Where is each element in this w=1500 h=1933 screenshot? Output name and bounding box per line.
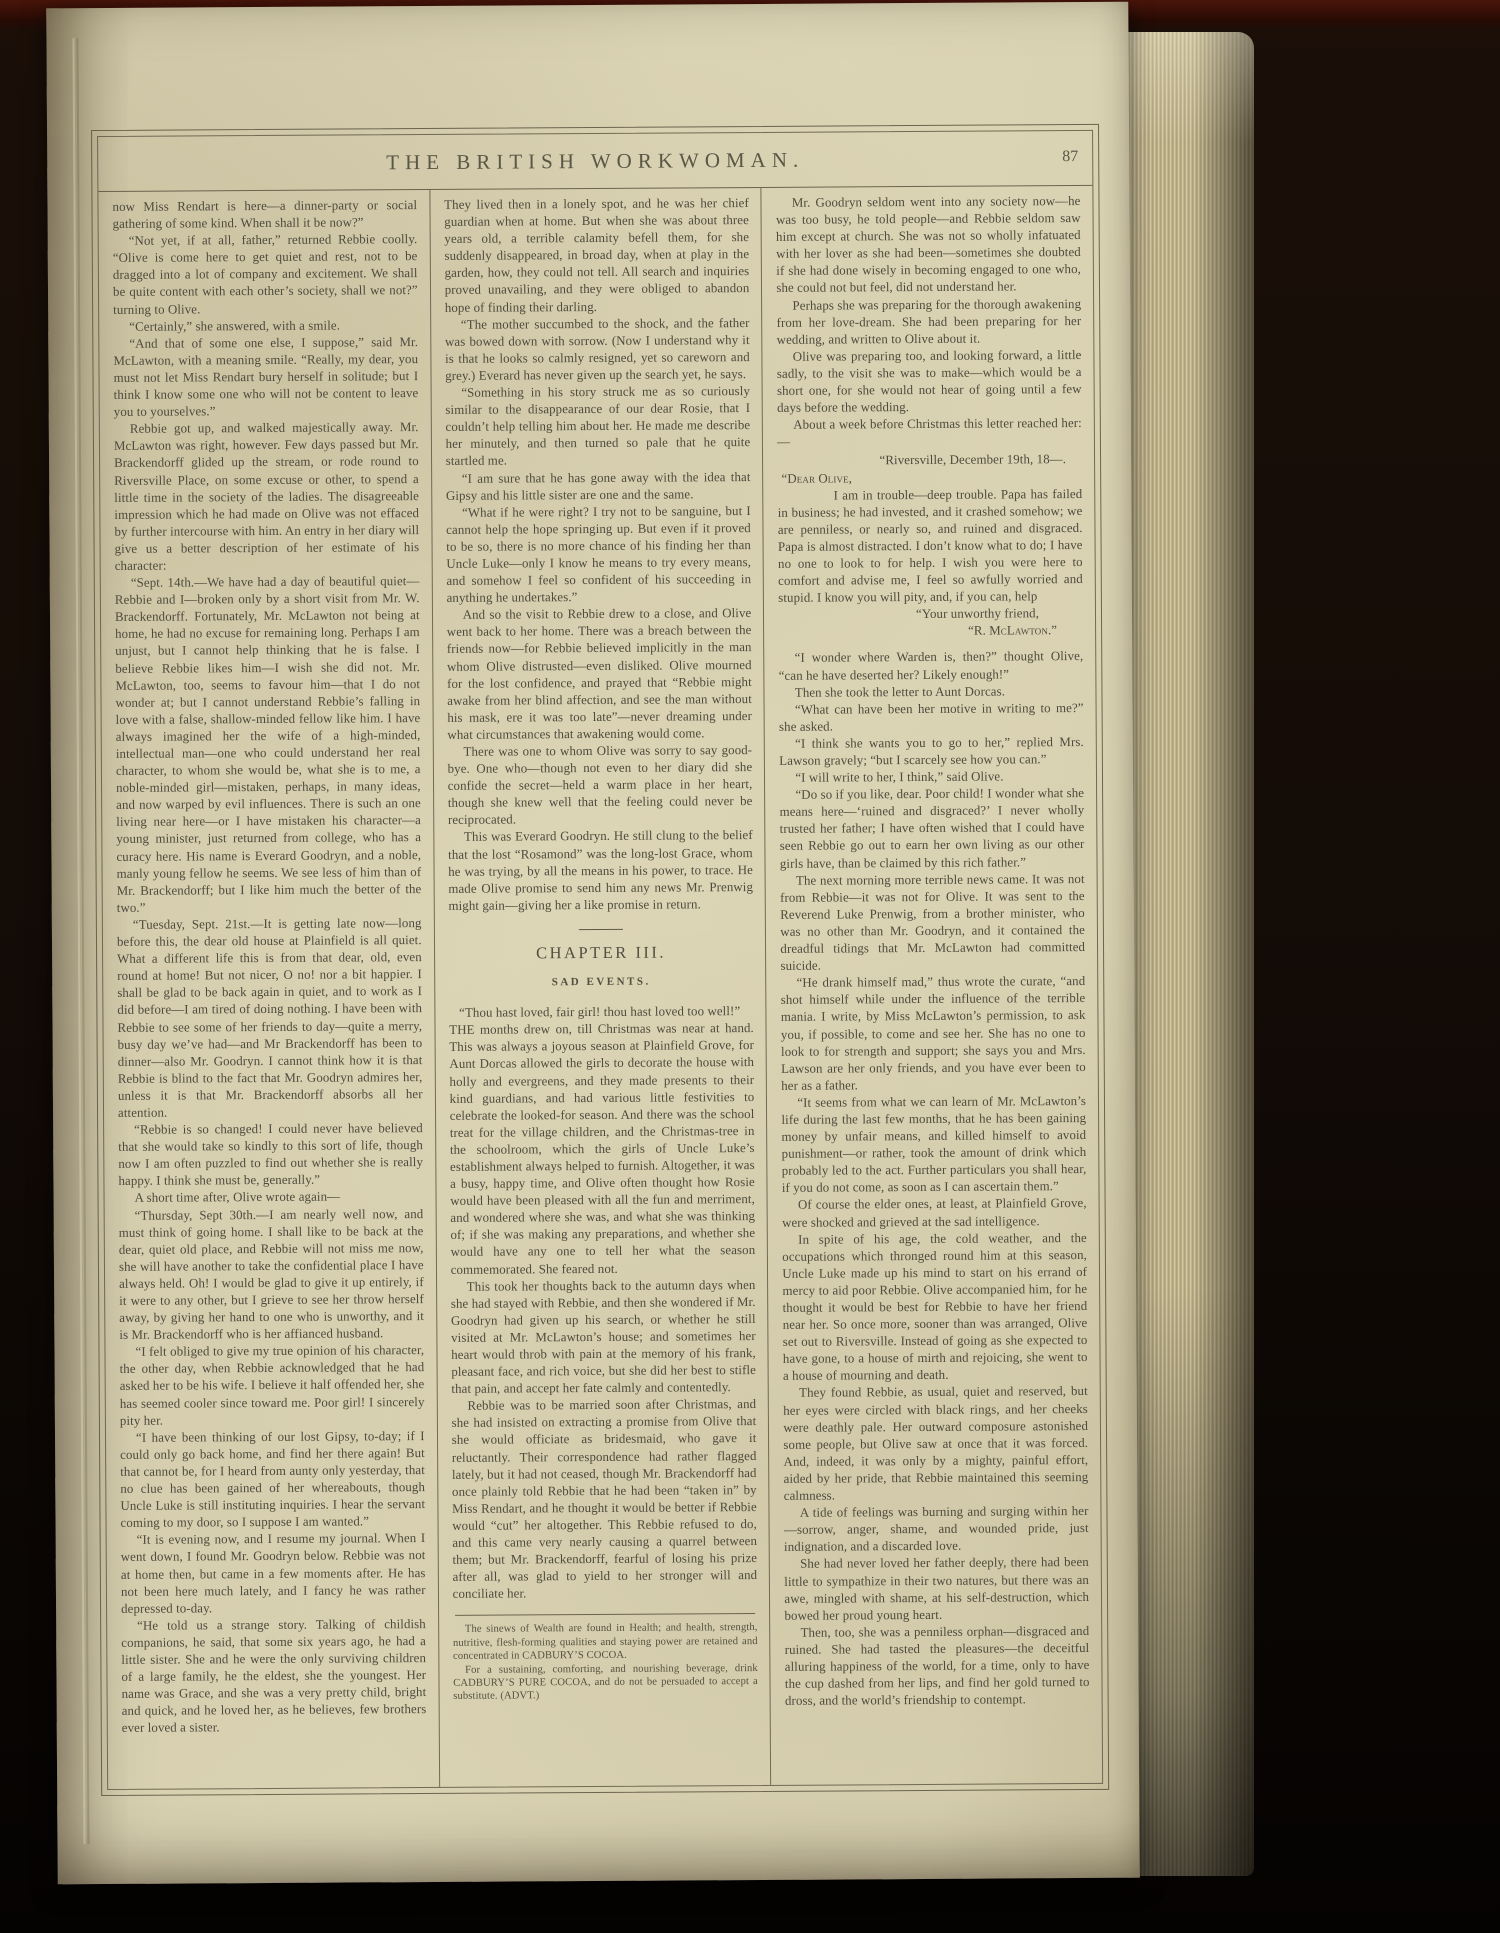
paragraph: “Tuesday, Sept. 21st.—It is getting late…: [117, 915, 423, 1122]
paragraph: Perhaps she was preparing for the thorou…: [776, 296, 1081, 349]
page-border-frame-inner: THE BRITISH WORKWOMAN. 87 now Miss Renda…: [97, 130, 1103, 1790]
paragraph: “Not yet, if at all, father,” returned R…: [113, 231, 418, 318]
paragraph: Then she took the letter to Aunt Dorcas.: [779, 683, 1084, 702]
paragraph: About a week before Christmas this lette…: [777, 415, 1082, 451]
paragraph: “Do so if you like, dear. Poor child! I …: [779, 785, 1084, 872]
chapter-heading: CHAPTER III.: [449, 943, 754, 962]
paragraph: “I have been thinking of our lost Gipsy,…: [120, 1428, 425, 1532]
paragraph: “Certainly,” she answered, with a smile.: [113, 317, 418, 336]
paragraph: She had never loved her father deeply, t…: [784, 1554, 1089, 1624]
paragraph: This took her thoughts back to the autum…: [451, 1277, 756, 1399]
letter-signoff: “Your unworthy friend,: [778, 605, 1083, 624]
paragraph: THE months drew on, till Christmas was n…: [449, 1020, 755, 1278]
paragraph: A short time after, Olive wrote again—: [119, 1188, 424, 1207]
scanned-page: THE BRITISH WORKWOMAN. 87 now Miss Renda…: [46, 2, 1139, 1885]
paragraph: “What if he were right? I try not to be …: [446, 503, 751, 607]
paragraph: Then, too, she was a penniless orphan—di…: [785, 1623, 1090, 1710]
paragraph: In spite of his age, the cold weather, a…: [782, 1230, 1088, 1386]
paragraph: Olive was preparing too, and looking for…: [777, 347, 1082, 417]
chapter-subtitle: SAD EVENTS.: [449, 973, 754, 992]
paragraph: They found Rebbie, as usual, quiet and r…: [783, 1383, 1088, 1505]
column-3: Mr. Goodryn seldom went into any society…: [761, 186, 1102, 1785]
paragraph: “I am sure that he has gone away with th…: [446, 469, 751, 505]
paragraph: “He told us a strange story. Talking of …: [121, 1616, 426, 1738]
paragraph: “I think she wants you to go to her,” re…: [779, 734, 1084, 770]
text-columns: now Miss Rendart is here—a dinner-party …: [98, 186, 1102, 1789]
paragraph: “It seems from what we can learn of Mr. …: [781, 1093, 1086, 1197]
advertisement-paragraph: For a sustaining, comforting, and nouris…: [453, 1662, 758, 1704]
paragraph: “What can have been her motive in writin…: [779, 700, 1084, 736]
letter-body: I am in trouble—deep trouble. Papa has f…: [778, 486, 1083, 608]
paragraph: “Thursday, Sept 30th.—I am nearly well n…: [119, 1206, 425, 1345]
column-2: They lived then in a lonely spot, and he…: [429, 188, 770, 1787]
advertisement-paragraph: The sinews of Wealth are found in Health…: [453, 1621, 758, 1663]
paragraph: Rebbie got up, and walked majestically a…: [114, 419, 420, 575]
paragraph: “Rebbie is so changed! I could never hav…: [118, 1120, 423, 1190]
publication-title: THE BRITISH WORKWOMAN.: [386, 147, 804, 175]
book-photo-background: THE BRITISH WORKWOMAN. 87 now Miss Renda…: [0, 0, 1500, 1933]
letter-salutation: “Dear Olive,: [777, 469, 1082, 488]
paragraph: “It is evening now, and I resume my jour…: [121, 1530, 426, 1617]
letter-signature: “R. McLawton.”: [778, 622, 1083, 641]
paragraph: “The mother succumbed to the shock, and …: [445, 315, 750, 385]
page-number: 87: [1062, 148, 1078, 166]
paragraph: “I will write to her, I think,” said Oli…: [779, 768, 1084, 787]
paragraph: “He drank himself mad,” thus wrote the c…: [781, 973, 1086, 1095]
column-1: now Miss Rendart is here—a dinner-party …: [98, 190, 438, 1789]
paragraph: A tide of feelings was burning and surgi…: [784, 1503, 1089, 1556]
page-border-frame: THE BRITISH WORKWOMAN. 87 now Miss Renda…: [91, 124, 1109, 1796]
section-separator-rule: [579, 929, 623, 930]
paragraph: “Something in his story struck me as so …: [445, 383, 750, 470]
paragraph: “Thou hast loved, fair girl! thou hast l…: [449, 1003, 754, 1022]
letter-dateline: “Riversville, December 19th, 18—.: [777, 451, 1082, 470]
paragraph: And so the visit to Rebbie drew to a clo…: [447, 605, 753, 744]
paragraph: The next morning more terrible news came…: [780, 871, 1085, 975]
paragraph: “And that of some one else, I suppose,” …: [113, 334, 418, 421]
paragraph: “I wonder where Warden is, then?” though…: [779, 648, 1084, 684]
book-fore-edge-pages: [1126, 32, 1254, 1876]
paragraph: “Sept. 14th.—We have had a day of beauti…: [115, 573, 422, 917]
paragraph: They lived then in a lonely spot, and he…: [444, 195, 749, 317]
running-head: THE BRITISH WORKWOMAN. 87: [98, 131, 1092, 192]
paragraph: Rebbie was to be married soon after Chri…: [451, 1396, 757, 1603]
paragraph: “I felt obliged to give my true opinion …: [119, 1342, 424, 1429]
paragraph: There was one to whom Olive was sorry to…: [447, 742, 752, 829]
paragraph: Of course the elder ones, at least, at P…: [782, 1195, 1087, 1231]
paragraph: This was Everard Goodryn. He still clung…: [448, 827, 753, 914]
paragraph: Mr. Goodryn seldom went into any society…: [776, 193, 1081, 297]
paragraph: now Miss Rendart is here—a dinner-party …: [112, 197, 417, 233]
advert-separator-rule: [455, 1613, 756, 1616]
